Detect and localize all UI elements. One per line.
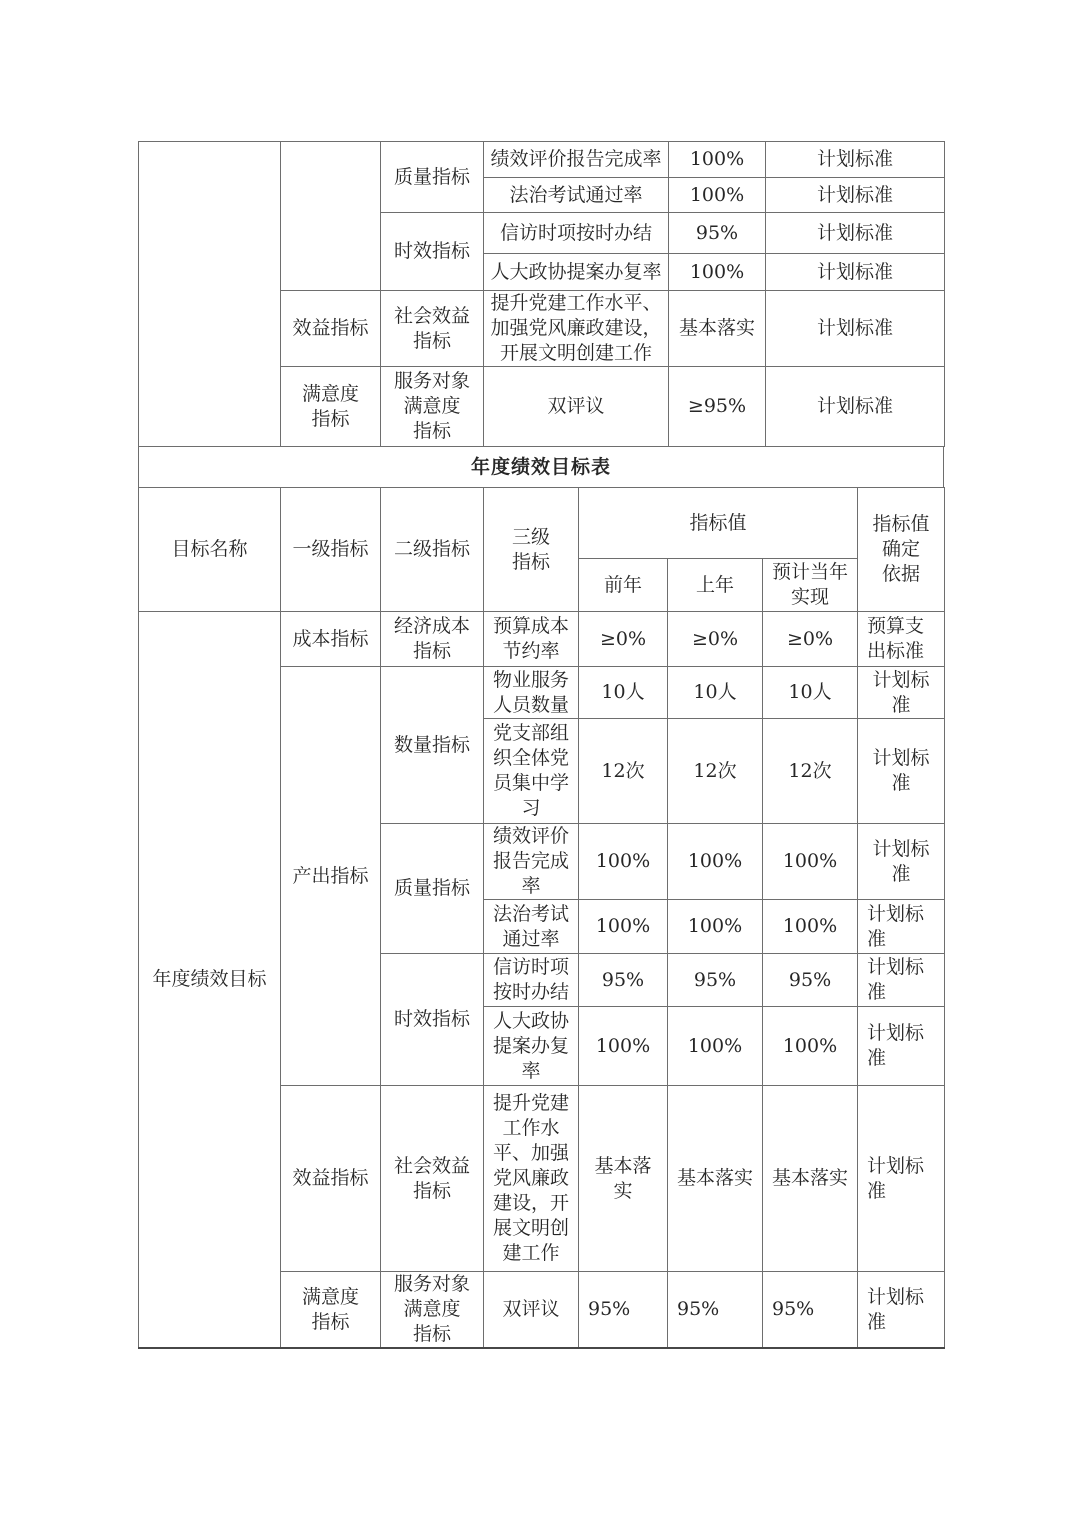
value-basis-cell: 计划标准 (766, 254, 945, 291)
indicator-name-cell: 人大政协提案办复率 (484, 254, 669, 291)
value-basis-cell: 计划标准 (766, 178, 945, 213)
value-y1-cell: 12次 (579, 719, 668, 824)
value-y1-cell: 95% (579, 1272, 668, 1349)
value-y2-cell: 100% (668, 1007, 763, 1086)
value-y2-cell: 基本落实 (668, 1086, 763, 1272)
empty-goal-name-cell (139, 142, 281, 447)
level1-benefit-cell: 效益指标 (281, 291, 381, 367)
value-y1-cell: 10人 (579, 667, 668, 719)
value-basis-cell: 计划标 准 (858, 1086, 945, 1272)
indicator-value-cell: 100% (669, 142, 766, 178)
level1-benefit-cell: 效益指标 (281, 1086, 381, 1272)
indicator-name-cell: 双评议 (484, 1272, 579, 1349)
value-basis-cell: 计划标 准 (858, 719, 945, 824)
value-y3-cell: 100% (763, 1007, 858, 1086)
value-y3-cell: 10人 (763, 667, 858, 719)
indicator-name-cell: 绩效评价 报告完成 率 (484, 824, 579, 900)
level1-satisfaction-cell: 满意度 指标 (281, 1272, 381, 1349)
value-basis-cell: 计划标准 (766, 142, 945, 178)
indicator-name-cell: 法治考试 通过率 (484, 900, 579, 954)
value-y2-cell: 95% (668, 954, 763, 1007)
indicator-value-cell: 基本落实 (669, 291, 766, 367)
indicator-value-cell: ≥95% (669, 367, 766, 447)
value-y1-cell: 基本落 实 (579, 1086, 668, 1272)
indicator-name-cell: 党支部组 织全体党 员集中学 习 (484, 719, 579, 824)
section-title: 年度绩效目标表 (139, 447, 944, 488)
header-year-before-last: 前年 (579, 559, 668, 612)
indicator-name-cell: 预算成本 节约率 (484, 612, 579, 667)
value-basis-cell: 计划标准 (766, 291, 945, 367)
value-y3-cell: 12次 (763, 719, 858, 824)
header-level3: 三级 指标 (484, 488, 579, 612)
value-basis-cell: 预算支 出标准 (858, 612, 945, 667)
value-basis-cell: 计划标 准 (858, 1007, 945, 1086)
indicator-value-cell: 100% (669, 178, 766, 213)
value-y1-cell: ≥0% (579, 612, 668, 667)
value-y1-cell: 100% (579, 1007, 668, 1086)
value-y3-cell: 基本落实 (763, 1086, 858, 1272)
value-y2-cell: 95% (668, 1272, 763, 1349)
value-basis-cell: 计划标准 (766, 213, 945, 254)
value-basis-cell: 计划标 准 (858, 1272, 945, 1349)
indicator-value-cell: 100% (669, 254, 766, 291)
indicator-name-cell: 法治考试通过率 (484, 178, 669, 213)
value-y3-cell: ≥0% (763, 612, 858, 667)
level1-satisfaction-cell: 满意度 指标 (281, 367, 381, 447)
indicator-name-cell: 双评议 (484, 367, 669, 447)
value-basis-cell: 计划标 准 (858, 900, 945, 954)
level2-quality-cell: 质量指标 (381, 824, 484, 954)
value-y2-cell: 100% (668, 900, 763, 954)
header-last-year: 上年 (668, 559, 763, 612)
indicator-name-cell: 绩效评价报告完成率 (484, 142, 669, 178)
header-level2: 二级指标 (381, 488, 484, 612)
value-y2-cell: 10人 (668, 667, 763, 719)
level1-output-cell: 产出指标 (281, 667, 381, 1086)
value-y3-cell: 100% (763, 824, 858, 900)
level2-timeliness-cell: 时效指标 (381, 213, 484, 291)
indicator-value-cell: 95% (669, 213, 766, 254)
level2-social-benefit-cell: 社会效益 指标 (381, 291, 484, 367)
header-value-group: 指标值 (579, 488, 858, 559)
header-level1: 一级指标 (281, 488, 381, 612)
value-y3-cell: 95% (763, 954, 858, 1007)
value-y2-cell: 100% (668, 824, 763, 900)
value-basis-cell: 计划标 准 (858, 824, 945, 900)
empty-level1-cell (281, 142, 381, 291)
value-y1-cell: 100% (579, 900, 668, 954)
indicator-name-cell: 提升党建工作水平、 加强党风廉政建设， 开展文明创建工作 (484, 291, 669, 367)
goal-name-cell: 年度绩效目标 (139, 612, 281, 1349)
indicator-name-cell: 物业服务 人员数量 (484, 667, 579, 719)
indicator-name-cell: 信访时项 按时办结 (484, 954, 579, 1007)
value-y2-cell: ≥0% (668, 612, 763, 667)
level2-quality-cell: 质量指标 (381, 142, 484, 213)
level2-service-satisfaction-cell: 服务对象 满意度 指标 (381, 367, 484, 447)
level2-social-benefit-cell: 社会效益 指标 (381, 1086, 484, 1272)
indicator-name-cell: 信访时项按时办结 (484, 213, 669, 254)
continuation-table: 质量指标 绩效评价报告完成率 100% 计划标准 法治考试通过率 100% 计划… (138, 141, 945, 447)
value-basis-cell: 计划标 准 (858, 954, 945, 1007)
level1-cost-cell: 成本指标 (281, 612, 381, 667)
value-basis-cell: 计划标 准 (858, 667, 945, 719)
value-y1-cell: 95% (579, 954, 668, 1007)
level2-timeliness-cell: 时效指标 (381, 954, 484, 1086)
document-page: 质量指标 绩效评价报告完成率 100% 计划标准 法治考试通过率 100% 计划… (0, 0, 1075, 1520)
value-y3-cell: 95% (763, 1272, 858, 1349)
value-y3-cell: 100% (763, 900, 858, 954)
level2-economic-cost-cell: 经济成本 指标 (381, 612, 484, 667)
header-goal-name: 目标名称 (139, 488, 281, 612)
value-basis-cell: 计划标准 (766, 367, 945, 447)
section-title-row: 年度绩效目标表 (138, 446, 944, 488)
value-y2-cell: 12次 (668, 719, 763, 824)
level2-quantity-cell: 数量指标 (381, 667, 484, 824)
level2-service-satisfaction-cell: 服务对象 满意度 指标 (381, 1272, 484, 1349)
header-current-year: 预计当年 实现 (763, 559, 858, 612)
indicator-name-cell: 提升党建 工作水 平、加强 党风廉政 建设，开 展文明创 建工作 (484, 1086, 579, 1272)
annual-target-table: 目标名称 一级指标 二级指标 三级 指标 指标值 指标值 确定 依据 前年 上年… (138, 487, 945, 1349)
indicator-name-cell: 人大政协 提案办复 率 (484, 1007, 579, 1086)
header-basis: 指标值 确定 依据 (858, 488, 945, 612)
value-y1-cell: 100% (579, 824, 668, 900)
